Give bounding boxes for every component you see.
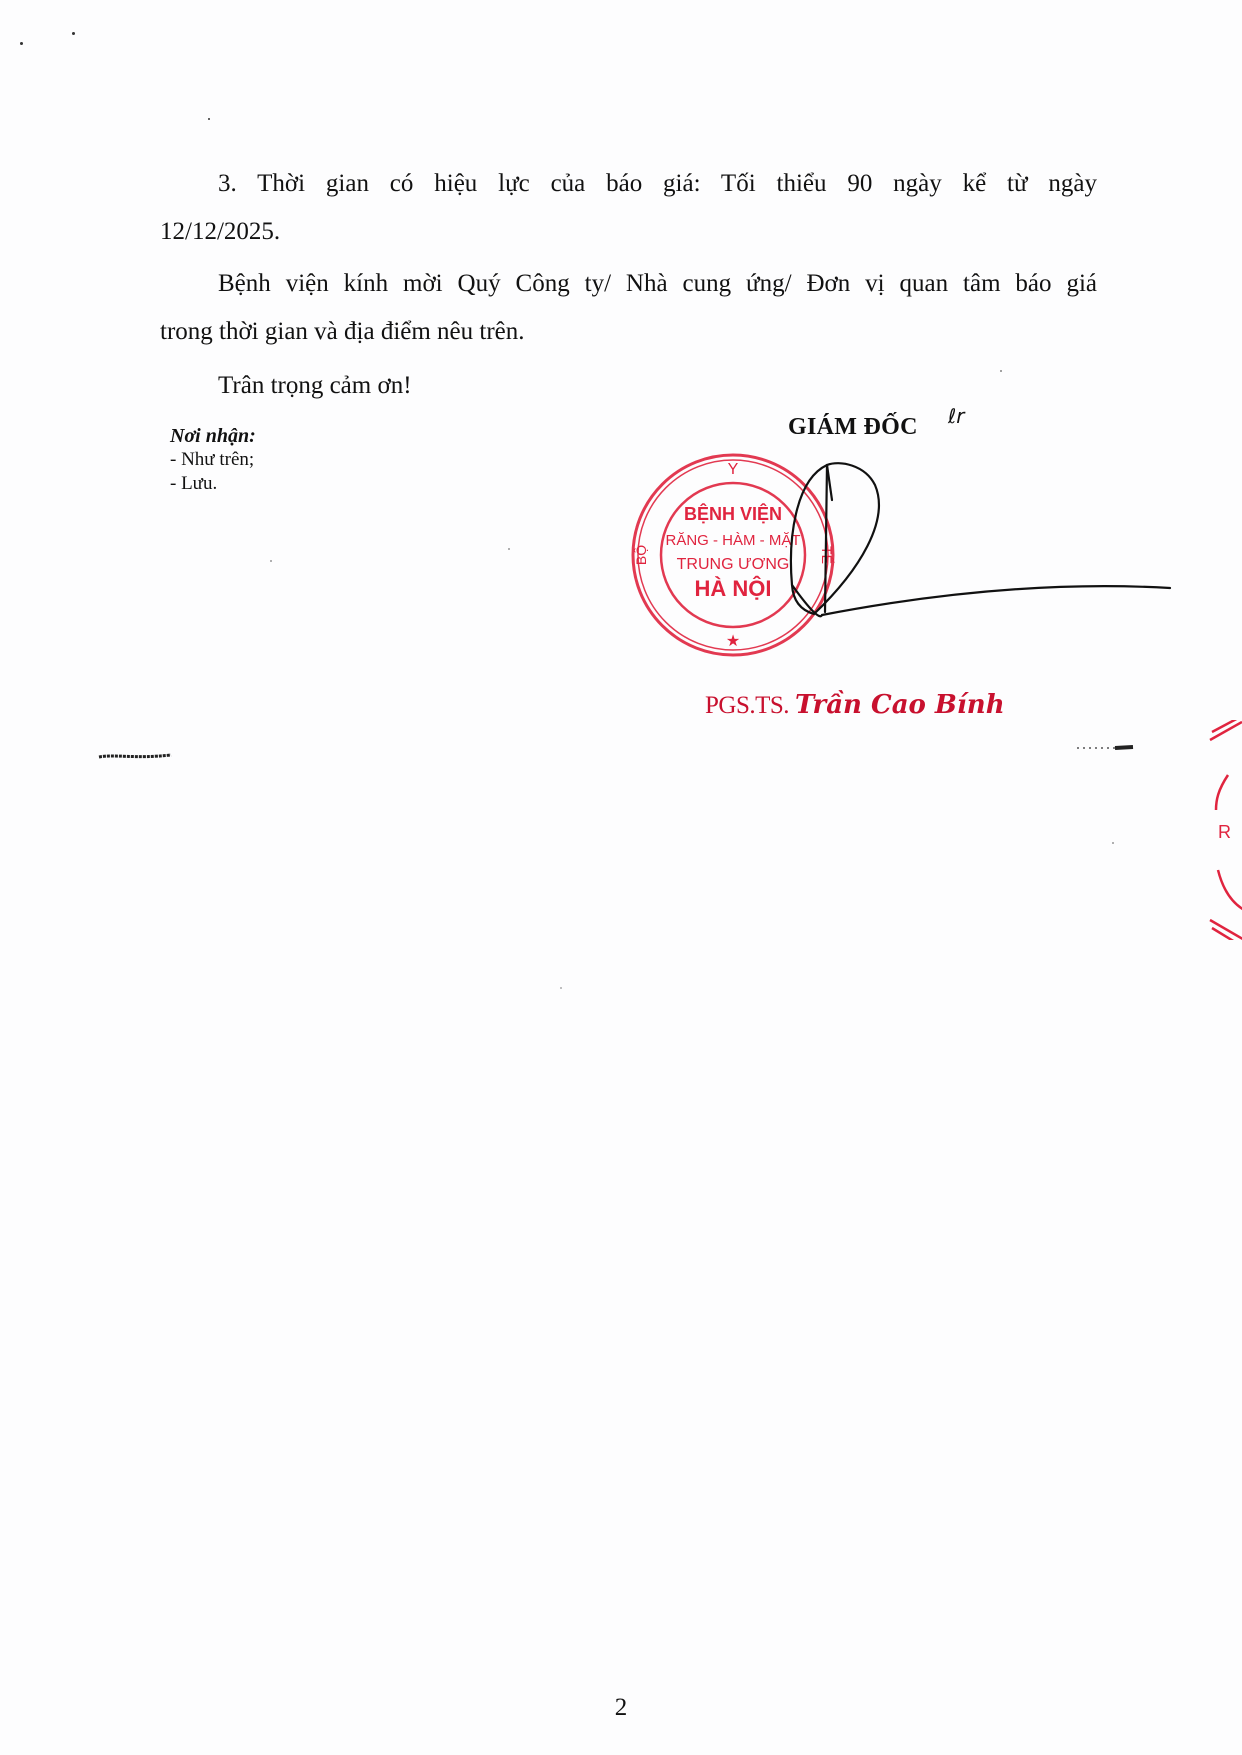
validity-line-2: 12/12/2025. [160,218,280,245]
stamp-left-text: BỘ [633,545,649,565]
recipient-item: - Như trên; [170,448,256,472]
recipient-item: - Lưu. [170,472,256,496]
stamp-line-1: BỆNH VIỆN [684,503,782,524]
signer-name-line: PGS.TS.Trần Cao Bính [705,690,1005,720]
handwritten-signature [780,460,1180,640]
scan-speck [72,32,75,35]
stamp-star-icon: ★ [726,633,740,650]
scan-smudge [1075,742,1135,752]
scan-speck [270,560,272,562]
edge-stamp-text: R [1218,822,1231,842]
initials-mark: ℓr [948,404,964,428]
edge-stamp-fragment: R [1208,720,1242,940]
validity-line-1: 3. Thời gian có hiệu lực của báo giá: Tố… [160,160,1097,208]
scan-speck [1000,370,1002,372]
page-number: 2 [0,1694,1242,1722]
invitation-line-2: trong thời gian và địa điểm nêu trên. [160,318,525,345]
scan-speck [208,118,210,120]
stamp-line-4: HÀ NỘI [695,576,772,601]
recipients-heading: Nơi nhận: [170,424,256,448]
scan-smudge [95,750,175,762]
closing-line: Trân trọng cảm ơn! [160,362,1097,410]
recipients-block: Nơi nhận: - Như trên; - Lưu. [170,424,256,496]
signer-title: GIÁM ĐỐC [788,414,918,441]
stamp-top-text: Y [728,461,739,478]
scan-speck [508,548,510,550]
validity-paragraph: 3. Thời gian có hiệu lực của báo giá: Tố… [160,160,1097,256]
scan-speck [560,987,562,989]
signer-name: Trần Cao Bính [795,690,1005,720]
scan-speck [1112,842,1114,844]
scan-speck [20,42,23,45]
invitation-line-1: Bệnh viện kính mời Quý Công ty/ Nhà cung… [160,260,1097,308]
invitation-paragraph: Bệnh viện kính mời Quý Công ty/ Nhà cung… [160,260,1097,356]
stamp-line-3: TRUNG ƯƠNG [677,556,790,573]
signer-degree: PGS.TS. [705,692,789,719]
